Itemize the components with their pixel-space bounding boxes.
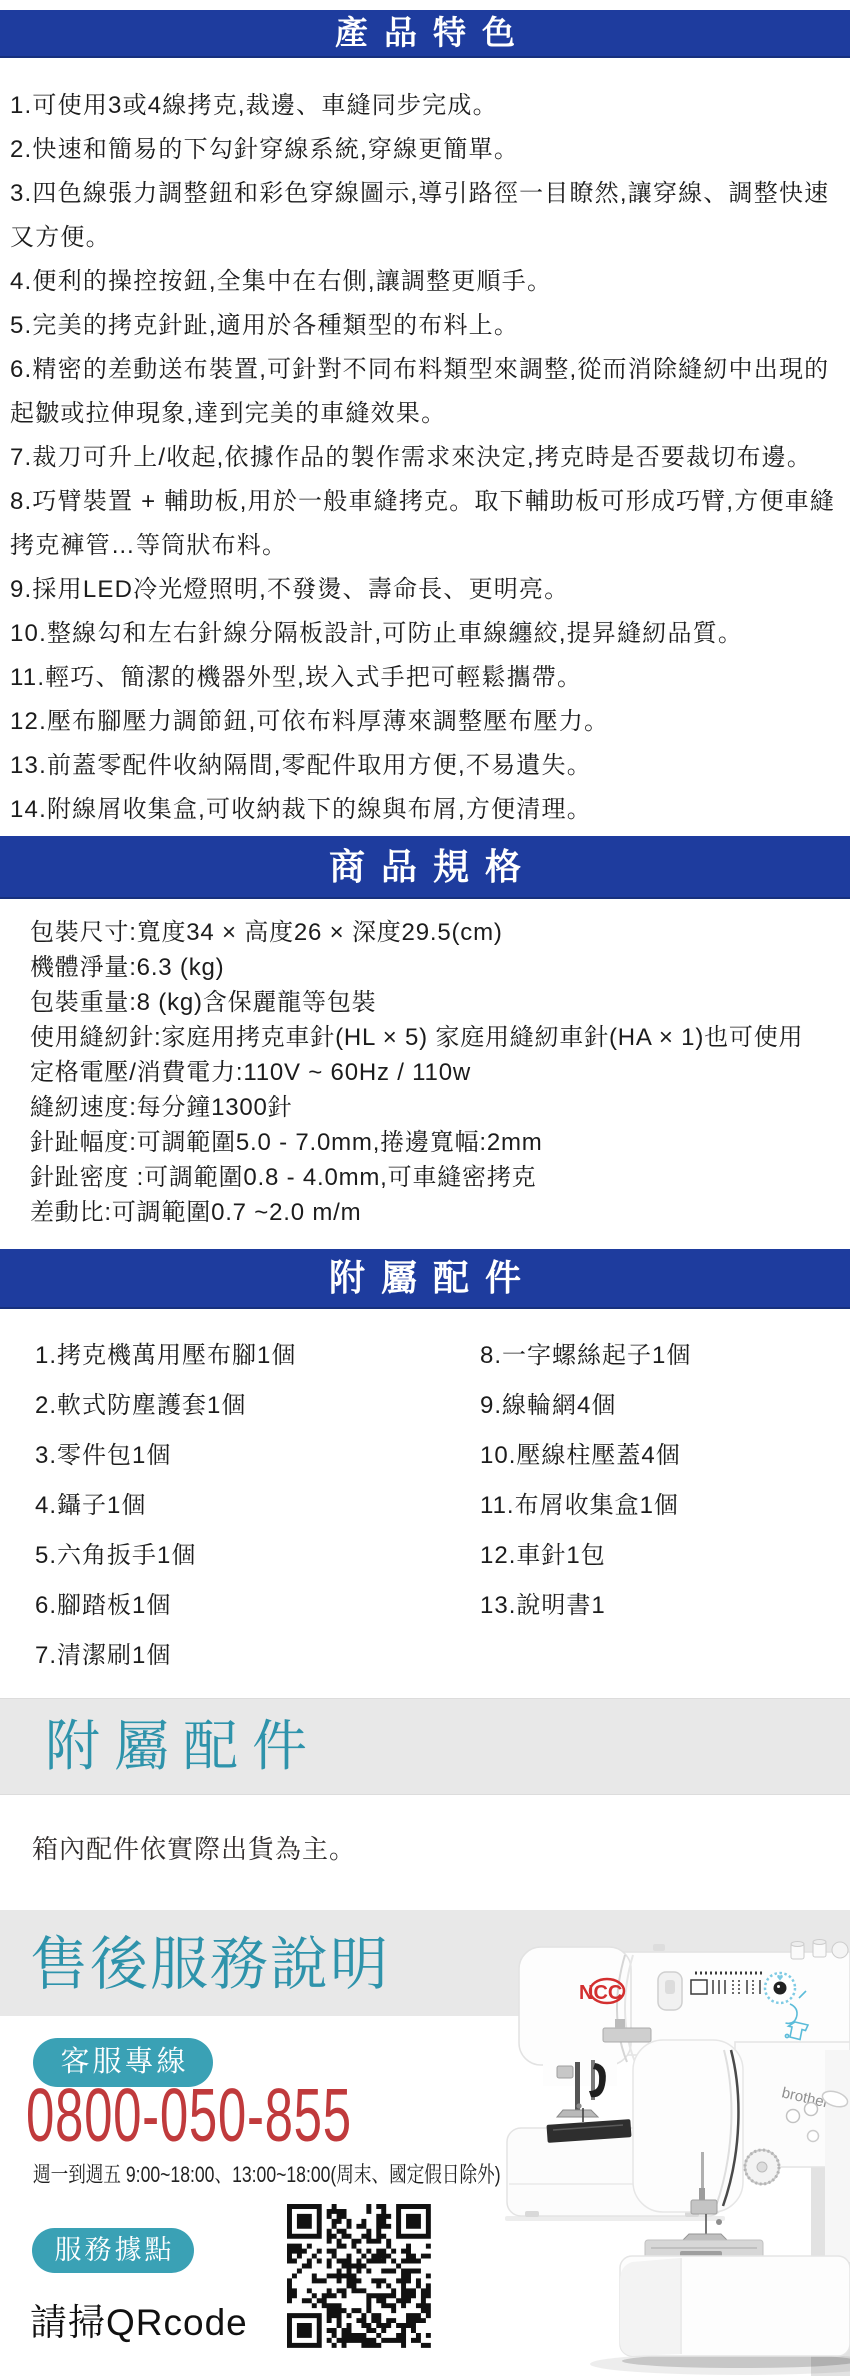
feature-line: 2.快速和簡易的下勾針穿線系統,穿線更簡單。	[10, 128, 840, 172]
qr-code-image	[283, 2200, 435, 2352]
spec-line: 使用縫紉針:家庭用拷克車針(HL × 5) 家庭用縫紉車針(HA × 1)也可使…	[30, 1020, 850, 1055]
accessory-item: 1.拷克機萬用壓布腳1個	[35, 1331, 296, 1381]
spec-line: 包裝重量:8 (kg)含保麗龍等包裝	[30, 985, 850, 1020]
spec-line: 差動比:可調範圍0.7 ~2.0 m/m	[30, 1195, 850, 1230]
after-sales-banner: 售後服務說明	[0, 1910, 850, 2016]
section-title-specs: 商品規格	[0, 836, 850, 899]
specs-list: 包裝尺寸:寬度34 × 高度26 × 深度29.5(cm) 機體淨量:6.3 (…	[0, 899, 850, 1249]
accessory-item: 9.線輪網4個	[480, 1381, 691, 1431]
accessory-item: 2.軟式防塵護套1個	[35, 1381, 296, 1431]
brother-needle-unit	[683, 2152, 727, 2240]
feature-line: 12.壓布腳壓力調節鈕,可依布料厚薄來調整壓布壓力。	[10, 700, 840, 744]
spec-line: 定格電壓/消費電力:110V ~ 60Hz / 110w	[30, 1055, 850, 1090]
accessories-note: 箱內配件依實際出貨為主。	[0, 1795, 850, 1910]
accessory-item: 4.鑷子1個	[35, 1481, 296, 1531]
accessory-item: 13.說明書1	[480, 1581, 691, 1631]
spec-line: 針趾幅度:可調範圍5.0 - 7.0mm,捲邊寬幅:2mm	[30, 1125, 850, 1160]
feature-line: 起皺或拉伸現象,達到完美的車縫效果。	[10, 392, 840, 436]
brother-dial	[745, 2150, 779, 2184]
top-margin	[0, 0, 850, 10]
spec-line: 縫紉速度:每分鐘1300針	[30, 1090, 850, 1125]
feature-line: 14.附線屑收集盒,可收納裁下的線與布屑,方便清理。	[10, 788, 840, 832]
accessory-item: 11.布屑收集盒1個	[480, 1481, 691, 1531]
feature-line: 4.便利的操控按鈕,全集中在右側,讓調整更順手。	[10, 260, 840, 304]
accessory-item: 10.壓線柱壓蓋4個	[480, 1431, 691, 1481]
feature-line: 13.前蓋零配件收納隔間,零配件取用方便,不易遺失。	[10, 744, 840, 788]
accessories-column-right: 8.一字螺絲起子1個 9.線輪網4個 10.壓線柱壓蓋4個 11.布屑收集盒1個…	[480, 1331, 691, 1631]
hotline-phone-number: 0800-050-855	[26, 2072, 352, 2158]
accessory-item: 8.一字螺絲起子1個	[480, 1331, 691, 1381]
accessory-item: 3.零件包1個	[35, 1431, 296, 1481]
accessory-item: 7.清潔刷1個	[35, 1631, 296, 1681]
accessory-item: 12.車針1包	[480, 1531, 691, 1581]
section-title-accessories: 附屬配件	[0, 1249, 850, 1309]
feature-line: 拷克褲管…等筒狀布料。	[10, 524, 840, 568]
accessory-item: 6.腳踏板1個	[35, 1581, 296, 1631]
feature-line: 10.整線勾和左右針線分隔板設計,可防止車線纏絞,提昇縫紉品質。	[10, 612, 840, 656]
brother-machine-illustration: brother	[590, 2019, 850, 2375]
feature-line: 又方便。	[10, 216, 840, 260]
scan-qrcode-text: 請掃QRcode	[30, 2292, 248, 2346]
brother-buttons	[787, 2088, 850, 2141]
spec-line: 包裝尺寸:寬度34 × 高度26 × 深度29.5(cm)	[30, 915, 850, 950]
section-title-features: 產品特色	[0, 10, 850, 58]
service-info-area: NCC	[0, 2016, 850, 2376]
feature-line: 6.精密的差動送布裝置,可針對不同布料類型來調整,從而消除縫紉中出現的	[10, 348, 840, 392]
after-sales-title: 售後服務說明	[0, 1910, 850, 1996]
locations-badge: 服務據點	[32, 2228, 194, 2273]
feature-line: 5.完美的拷克針趾,適用於各種類型的布料上。	[10, 304, 840, 348]
brother-logo: brother	[780, 2084, 830, 2111]
feature-line: 9.採用LED冷光燈照明,不發燙、壽命長、更明亮。	[10, 568, 840, 612]
feature-line: 3.四色線張力調整鈕和彩色穿線圖示,導引路徑一目瞭然,讓穿線、調整快速	[10, 172, 840, 216]
accessories-column-left: 1.拷克機萬用壓布腳1個 2.軟式防塵護套1個 3.零件包1個 4.鑷子1個 5…	[35, 1331, 296, 1681]
product-detail-page: { "colors": { "header_bar_blue": "#1e3c9…	[0, 0, 850, 2376]
feature-line: 1.可使用3或4線拷克,裁邊、車縫同步完成。	[10, 84, 840, 128]
ncc-needle-unit	[546, 2060, 631, 2143]
accessories-list: 1.拷克機萬用壓布腳1個 2.軟式防塵護套1個 3.零件包1個 4.鑷子1個 5…	[0, 1309, 850, 1698]
service-hours: 週一到週五 9:00~18:00、13:00~18:00(周末、國定假日除外)	[33, 2158, 501, 2189]
spec-line: 針趾密度 :可調範圍0.8 - 4.0mm,可車縫密拷克	[30, 1160, 850, 1195]
feature-line: 7.裁刀可升上/收起,依據作品的製作需求來決定,拷克時是否要裁切布邊。	[10, 436, 840, 480]
features-list: 1.可使用3或4線拷克,裁邊、車縫同步完成。 2.快速和簡易的下勾針穿線系統,穿…	[0, 58, 850, 836]
spec-line: 機體淨量:6.3 (kg)	[30, 950, 850, 985]
accessories-banner-title: 附屬配件	[0, 1699, 850, 1777]
photo-backdrop	[811, 2125, 850, 2376]
feature-line: 11.輕巧、簡潔的機器外型,崁入式手把可輕鬆攜帶。	[10, 656, 840, 700]
accessory-item: 5.六角扳手1個	[35, 1531, 296, 1581]
feature-line: 8.巧臂裝置 + 輔助板,用於一般車縫拷克。取下輔助板可形成巧臂,方便車縫	[10, 480, 840, 524]
accessories-banner: 附屬配件	[0, 1698, 850, 1795]
